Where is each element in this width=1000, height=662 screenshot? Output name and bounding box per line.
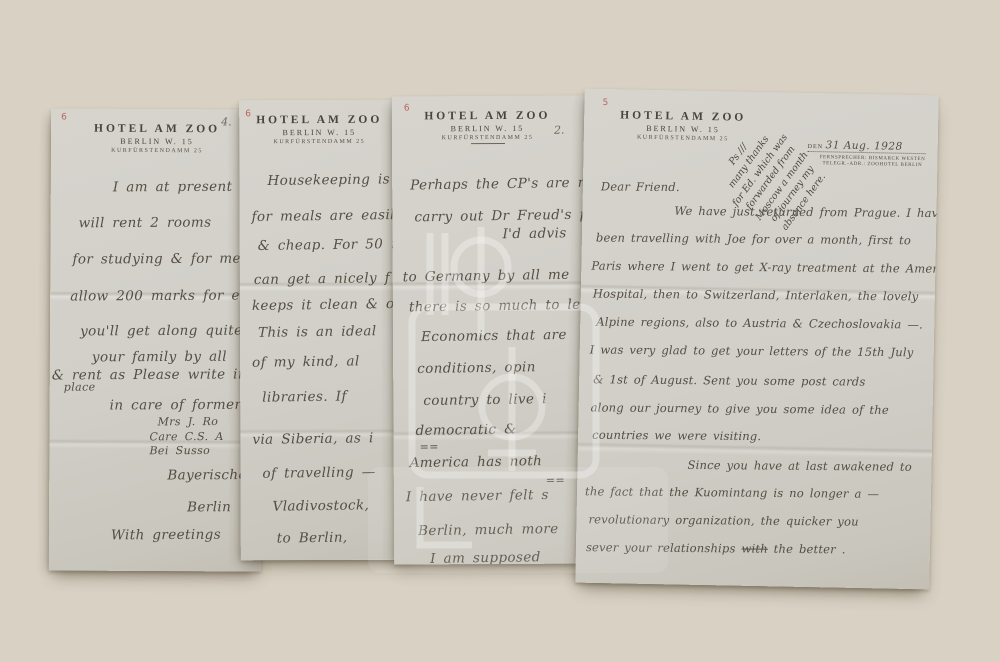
letterhead-street: KURFÜRSTENDAMM 25 (392, 135, 591, 142)
handwriting-line: there is so much to lea (409, 297, 589, 316)
handwriting-address-line: Berlin (187, 499, 231, 515)
handwriting-line: can get a nicely f (254, 270, 390, 288)
handwriting-line: to Berlin, (277, 530, 348, 547)
handwriting-line: for studying & for meals (72, 251, 261, 268)
handwriting-line: carry out Dr Freud's pr (414, 207, 595, 226)
handwriting-line: Berlin, much more (418, 521, 559, 539)
handwriting-line: Hospital, then to Switzerland, Interlake… (593, 287, 919, 304)
handwritten-date: 31 Aug. 1928 (825, 139, 902, 152)
letterhead: HOTEL AM ZOO BERLIN W. 15 KURFÜRSTENDAMM… (392, 110, 591, 145)
handwriting-line: libraries. If (262, 388, 347, 405)
handwriting-line: America has noth (410, 453, 543, 471)
letterhead-city: BERLIN W. 15 (392, 124, 591, 134)
handwriting-line: been travelling with Joe for over a mont… (596, 231, 911, 248)
letterhead-street: KURFÜRSTENDAMM 25 (239, 139, 405, 146)
handwriting-line: Housekeeping is very (267, 171, 412, 189)
letterhead: HOTEL AM ZOO BERLIN W. 15 KURFÜRSTENDAMM… (51, 122, 263, 154)
handwriting-line: Since you have at last awakened to (688, 458, 912, 474)
handwriting-line: in care of former n (110, 397, 259, 414)
handwriting-line: revolutionary organization, the quicker … (588, 512, 858, 528)
handwriting-line: I'd advis (502, 225, 566, 242)
handwriting-closing-line: With greetings (111, 527, 221, 544)
struck-word: with (741, 541, 767, 555)
handwriting-line: Paris where I went to get X-ray treatmen… (591, 259, 938, 276)
letterhead-right-block: DEN 31 Aug. 1928 FERNSPRECHER: BISMARCK … (807, 139, 937, 168)
handwriting-line: along our journey to give you some idea … (591, 400, 889, 417)
handwriting-line: to Germany by all me (403, 267, 570, 286)
red-archive-mark: 5 (602, 98, 608, 108)
handwriting-line: keeps it clean & o (252, 296, 395, 314)
letter-page-3: 6 2. HOTEL AM ZOO BERLIN W. 15 KURFÜRSTE… (392, 95, 601, 564)
letter-page-2: 6 HOTEL AM ZOO BERLIN W. 15 KURFÜRSTENDA… (239, 100, 413, 561)
handwriting-line: countries we were visiting. (592, 428, 761, 443)
handwriting-address-line: Care C.S. A (149, 430, 223, 443)
letter-photograph: 6 4. HOTEL AM ZOO BERLIN W. 15 KURFÜRSTE… (0, 0, 1000, 662)
handwriting-emphasis-mark: == (546, 474, 565, 487)
handwriting-line: Perhaps the CP's are righ (410, 174, 601, 193)
handwriting-line: democratic & (415, 421, 516, 439)
handwriting-address-line: Bayerische (167, 467, 247, 483)
handwriting-line: Economics that are (421, 327, 567, 345)
letter-page-1: 6 4. HOTEL AM ZOO BERLIN W. 15 KURFÜRSTE… (49, 108, 263, 571)
handwriting-line: of my kind, al (252, 353, 360, 370)
den-label: DEN (808, 144, 823, 150)
handwriting-emphasis-mark: == (420, 440, 439, 453)
letterhead-city: BERLIN W. 15 (239, 128, 405, 138)
red-archive-mark: 6 (61, 113, 67, 123)
handwriting-insertion: place (64, 381, 96, 394)
handwriting-line: for meals are easily (251, 207, 402, 225)
handwriting-line: will rent 2 rooms (79, 215, 212, 232)
handwriting-line: allow 200 marks for ea (70, 288, 248, 305)
handwriting-line: & cheap. For 50 m (258, 236, 405, 254)
letter-page-4: 5 HOTEL AM ZOO BERLIN W. 15 KURFÜRSTENDA… (575, 89, 938, 590)
letterhead: HOTEL AM ZOO BERLIN W. 15 KURFÜRSTENDAMM… (239, 114, 405, 146)
handwriting-line: We have just returned from Prague. I hav… (674, 204, 938, 220)
handwriting-line: I am supposed (430, 549, 541, 564)
handwriting-line: I am at present (113, 179, 233, 196)
handwriting-line: your family by all (92, 349, 227, 366)
salutation: Dear Friend. (601, 179, 680, 194)
letterhead-city: BERLIN W. 15 (51, 136, 263, 146)
handwriting-closing-line: sever your relationships with the better… (586, 540, 846, 556)
closing-text: sever your relationships (586, 540, 742, 555)
handwriting-line: Vladivostock, (273, 497, 370, 514)
handwriting-address-line: Bei Susso (149, 444, 210, 457)
date-line: DEN 31 Aug. 1928 (808, 139, 926, 154)
handwriting-line: the fact that the Kuomintang is no longe… (585, 484, 879, 501)
handwriting-line: Alpine regions, also to Austria & Czecho… (596, 315, 923, 332)
handwriting-line: you'll get along quite (80, 323, 243, 340)
handwriting-line: via Siberia, as i (252, 430, 373, 448)
handwriting-line: I was very glad to get your letters of t… (590, 342, 914, 359)
handwriting-line: of travelling — (262, 464, 375, 482)
handwriting-line: conditions, opin (417, 359, 536, 377)
closing-text: the better . (768, 542, 846, 557)
handwriting-line: & 1st of August. Sent you some post card… (593, 372, 865, 388)
letterhead-street: KURFÜRSTENDAMM 25 (51, 147, 263, 154)
handwriting-address-line: Mrs J. Ro (158, 415, 219, 428)
letterhead-hotel-name: HOTEL AM ZOO (392, 110, 591, 123)
handwriting-line: I have never felt s (406, 487, 549, 505)
letterhead-hotel-name: HOTEL AM ZOO (51, 122, 263, 135)
letterhead-hotel-name: HOTEL AM ZOO (239, 114, 405, 127)
handwriting-line: country to live i (423, 391, 547, 409)
handwriting-line: This is an ideal (258, 323, 377, 341)
letterhead-rule (471, 143, 505, 144)
